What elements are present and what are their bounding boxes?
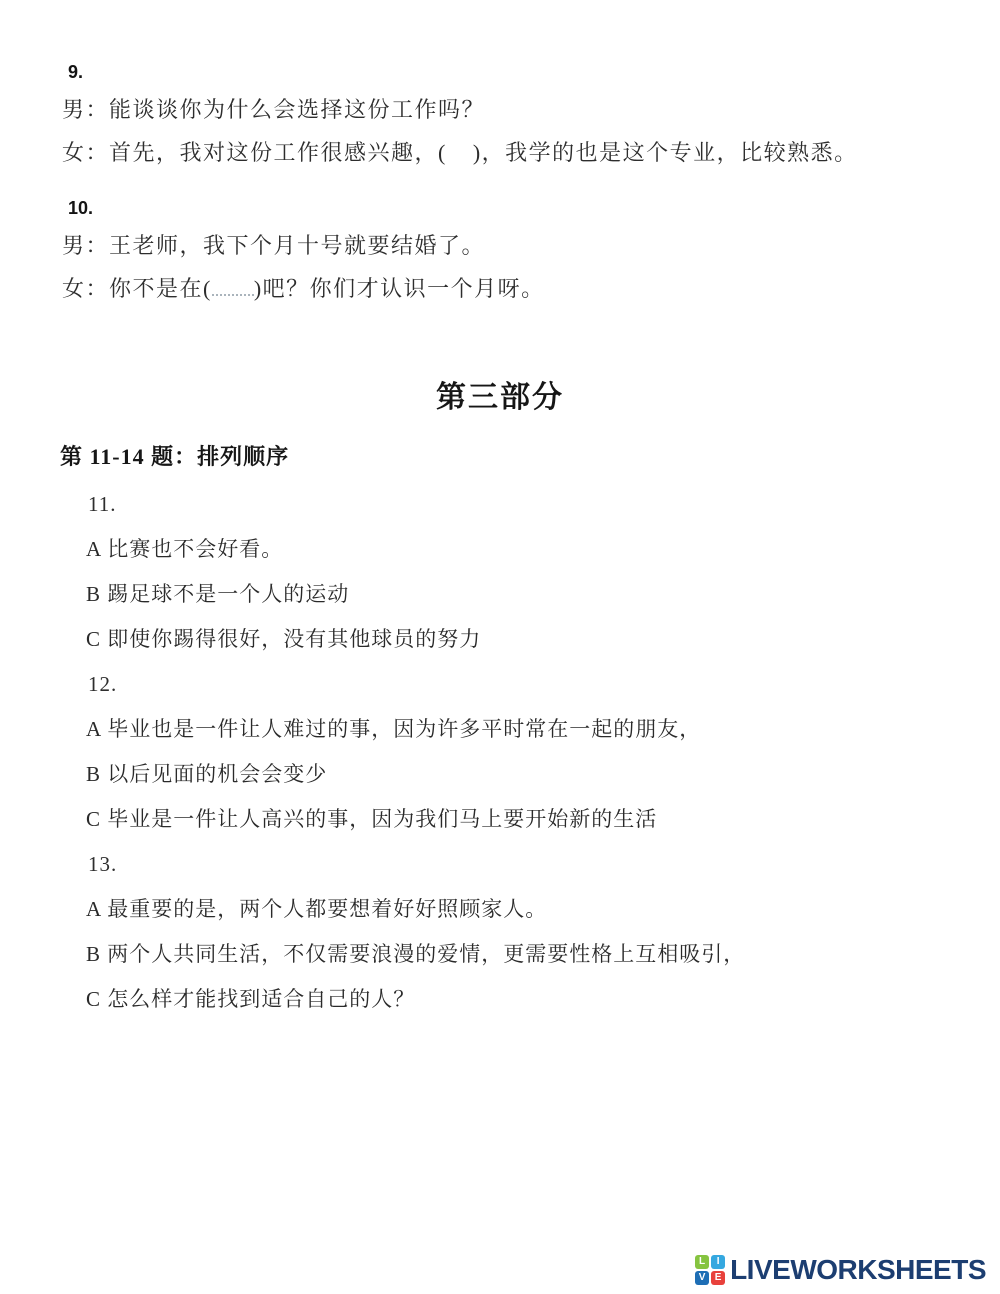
logo-square-l: L — [695, 1255, 709, 1269]
item-12-option-a: A 毕业也是一件让人难过的事，因为许多平时常在一起的朋友， — [86, 717, 1000, 741]
item-11-option-a: A 比赛也不会好看。 — [86, 537, 1000, 561]
question-9-female-pre: 女：首先，我对这份工作很感兴趣，( — [62, 140, 447, 165]
question-10-female-line: 女：你不是在()吧？你们才认识一个月呀。 — [62, 276, 1000, 302]
worksheet-page: 9. 男：能谈谈你为什么会选择这份工作吗？ 女：首先，我对这份工作很感兴趣，()… — [0, 0, 1000, 1294]
ordering-items: 11. A 比赛也不会好看。 B 踢足球不是一个人的运动 C 即使你踢得很好，没… — [0, 492, 1000, 1011]
question-9-number: 9. — [68, 62, 1000, 82]
item-13-option-c: C 怎么样才能找到适合自己的人？ — [86, 987, 1000, 1011]
item-12: 12. A 毕业也是一件让人难过的事，因为许多平时常在一起的朋友， B 以后见面… — [0, 672, 1000, 831]
question-10-male-line: 男：王老师，我下个月十号就要结婚了。 — [62, 233, 1000, 259]
question-10-number: 10. — [68, 198, 1000, 218]
item-11-option-b: B 踢足球不是一个人的运动 — [86, 582, 1000, 606]
item-13-option-b: B 两个人共同生活，不仅需要浪漫的爱情，更需要性格上互相吸引， — [86, 942, 1000, 966]
item-11: 11. A 比赛也不会好看。 B 踢足球不是一个人的运动 C 即使你踢得很好，没… — [0, 492, 1000, 651]
question-9-male-line: 男：能谈谈你为什么会选择这份工作吗？ — [62, 97, 1000, 123]
question-9-female-post: )，我学的也是这个专业，比较熟悉。 — [473, 140, 858, 165]
liveworksheets-logo[interactable]: L I V E LIVEWORKSHEETS — [695, 1254, 986, 1286]
question-10: 10. 男：王老师，我下个月十号就要结婚了。 女：你不是在()吧？你们才认识一个… — [0, 198, 1000, 302]
question-9: 9. 男：能谈谈你为什么会选择这份工作吗？ 女：首先，我对这份工作很感兴趣，()… — [0, 62, 1000, 166]
part3-instruction: 第 11-14 题：排列顺序 — [60, 444, 1000, 470]
item-13-number: 13. — [88, 852, 1000, 876]
item-13-option-a: A 最重要的是，两个人都要想着好好照顾家人。 — [86, 897, 1000, 921]
item-12-option-b: B 以后见面的机会会变少 — [86, 762, 1000, 786]
liveworksheets-wordmark: LIVEWORKSHEETS — [730, 1254, 986, 1286]
item-12-option-c: C 毕业是一件让人高兴的事，因为我们马上要开始新的生活 — [86, 807, 1000, 831]
logo-square-v: V — [695, 1271, 709, 1285]
item-13: 13. A 最重要的是，两个人都要想着好好照顾家人。 B 两个人共同生活，不仅需… — [0, 852, 1000, 1011]
question-10-female-pre: 女：你不是在( — [62, 276, 212, 301]
liveworksheets-logo-icon: L I V E — [695, 1255, 725, 1285]
logo-square-e: E — [711, 1271, 725, 1285]
question-10-female-post: )吧？你们才认识一个月呀。 — [254, 276, 545, 301]
question-9-female-line: 女：首先，我对这份工作很感兴趣，()，我学的也是这个专业，比较熟悉。 — [62, 140, 1000, 166]
logo-square-i: I — [711, 1255, 725, 1269]
answer-blank-9[interactable] — [447, 142, 473, 160]
item-12-number: 12. — [88, 672, 1000, 696]
item-11-number: 11. — [88, 492, 1000, 516]
item-11-option-c: C 即使你踢得很好，没有其他球员的努力 — [86, 627, 1000, 651]
part3-heading: 第三部分 — [0, 380, 1000, 416]
answer-blank-10[interactable] — [212, 276, 254, 296]
